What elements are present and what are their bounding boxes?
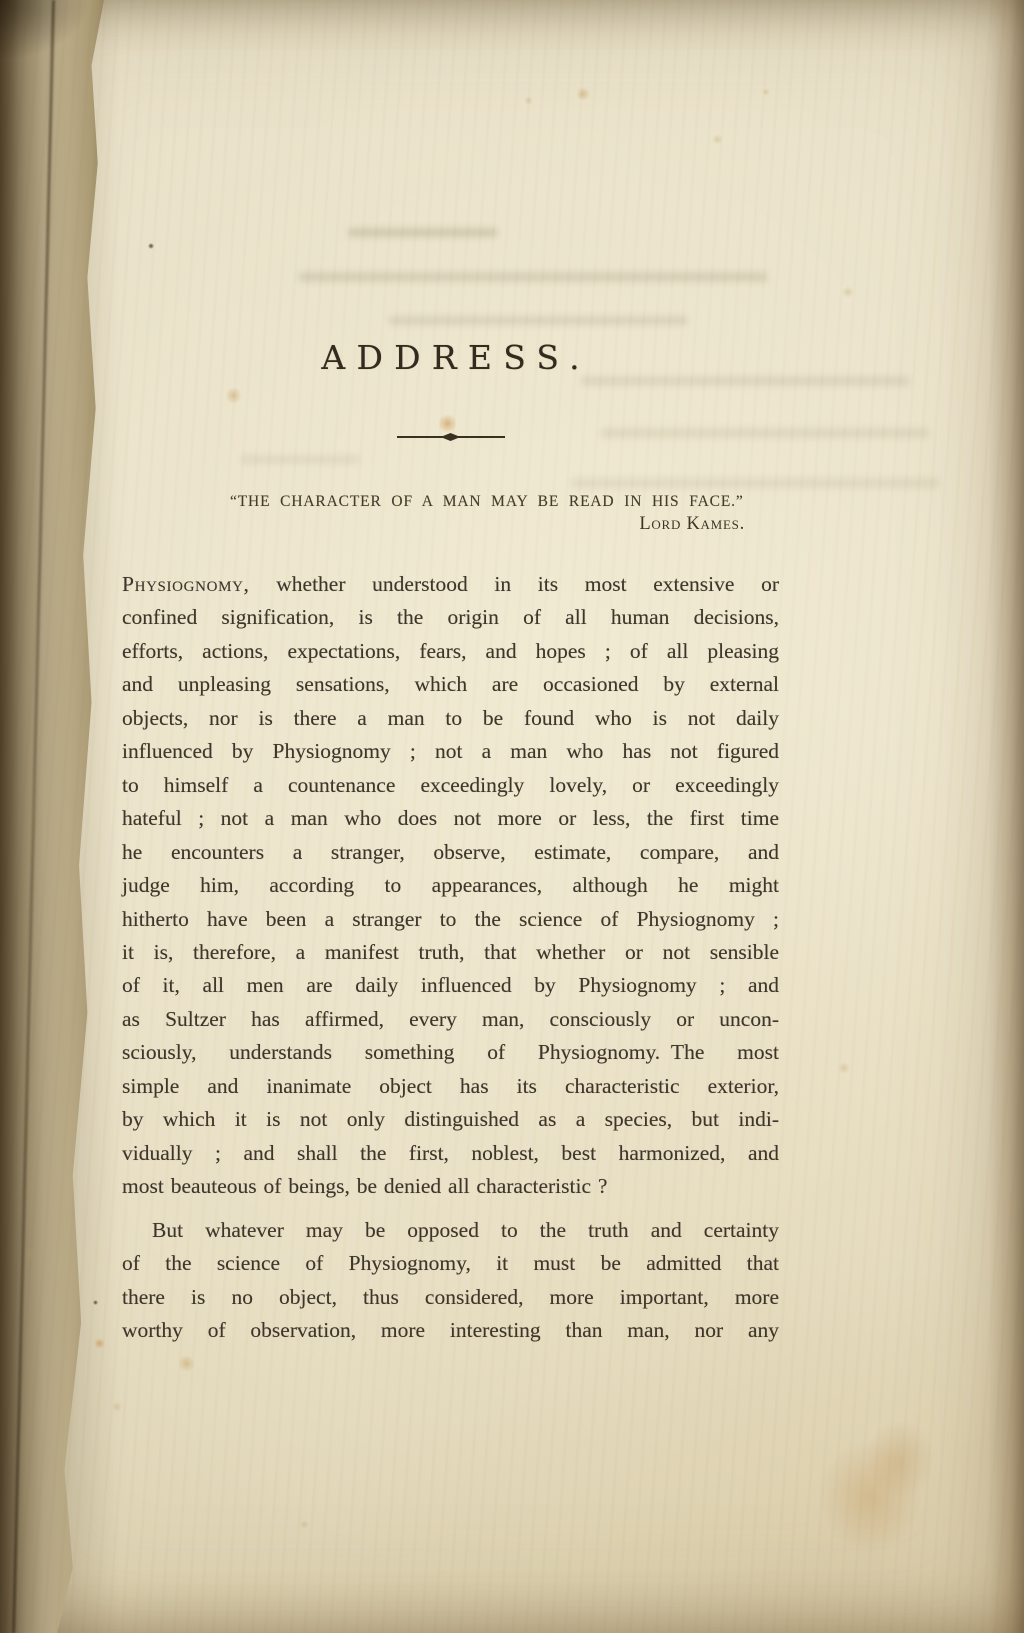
show-through-ghost [388,316,688,325]
paragraph-1: Physiognomy, whether understood in its m… [122,568,779,1204]
text-line: as Sultzer has affirmed, every man, cons… [122,1003,779,1036]
scanned-book-page: ADDRESS. “THE CHARACTER OF A MAN MAY BE … [0,0,1024,1633]
text-line: simple and inanimate object has its char… [122,1070,779,1103]
lead-small-caps: Physiognomy, [122,572,250,596]
show-through-ghost [580,376,910,386]
text-line: confined signification, is the origin of… [122,601,779,634]
text-line: sciously, understands something of Physi… [122,1036,779,1069]
diamond-ornament [441,433,461,441]
text-line: it is, therefore, a manifest truth, that… [122,936,779,969]
show-through-ghost [348,228,498,237]
body-text: Physiognomy, whether understood in its m… [122,568,779,1347]
show-through-ghost [570,478,940,488]
epigraph-attribution: Lord Kames. [230,514,779,535]
text-line: most beauteous of beings, be denied all … [122,1170,779,1203]
text-line: worthy of observation, more interesting … [122,1314,779,1347]
ornamental-rule [397,432,505,442]
text-line: by which it is not only distinguished as… [122,1103,779,1136]
stain-smudge [810,1395,960,1580]
text-line-rest: whether understood in its most extensive… [250,572,779,596]
gutter-shadow [0,0,120,1633]
text-line: and unpleasing sensations, which are occ… [122,668,779,701]
show-through-ghost [600,428,930,438]
page-curvature-shadow [988,0,1024,1633]
epigraph: “THE CHARACTER OF A MAN MAY BE READ IN H… [230,493,779,535]
text-line: judge him, according to appearances, alt… [122,869,779,902]
text-line: efforts, actions, expectations, fears, a… [122,635,779,668]
text-line: of it, all men are daily influenced by P… [122,969,779,1002]
text-line: hitherto have been a stranger to the sci… [122,903,779,936]
show-through-ghost [298,272,768,282]
show-through-ghost [240,455,360,464]
paragraph-2: But whatever may be opposed to the truth… [122,1214,779,1348]
text-line: to himself a countenance exceedingly lov… [122,769,779,802]
epigraph-quote: “THE CHARACTER OF A MAN MAY BE READ IN H… [230,493,779,511]
binding-corner-shadow [0,0,180,120]
text-line: hateful ; not a man who does not more or… [122,802,779,835]
text-line: objects, nor is there a man to be found … [122,702,779,735]
text-line: vidually ; and shall the first, noblest,… [122,1137,779,1170]
text-line: But whatever may be opposed to the truth… [122,1214,779,1247]
page-title: ADDRESS. [122,338,779,377]
text-line: he encounters a stranger, observe, estim… [122,836,779,869]
text-line: there is no object, thus considered, mor… [122,1281,779,1314]
text-line: of the science of Physiognomy, it must b… [122,1247,779,1280]
text-line: influenced by Physiognomy ; not a man wh… [122,735,779,768]
text-line: Physiognomy, whether understood in its m… [122,568,779,601]
